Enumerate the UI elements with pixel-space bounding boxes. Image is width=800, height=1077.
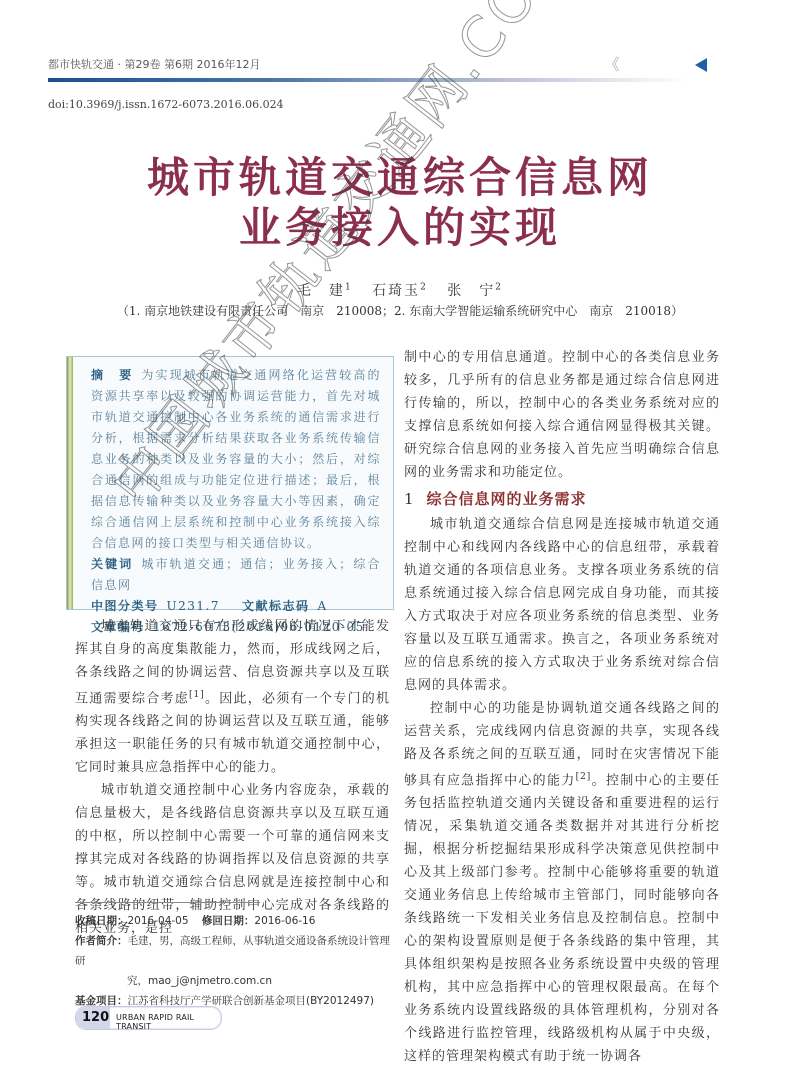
revised-label: 修回日期： [202,915,255,927]
author-name: 张 宁 [447,283,495,299]
classification-line: 中图分类号U231.7文献标志码A [91,596,381,617]
keywords: 城市轨道交通；通信；业务接入；综合信息网 [91,557,381,592]
author-affil-mark: 2 [420,282,428,292]
footnote-divider [75,902,260,903]
received-label: 收稿日期： [75,915,128,927]
section-number: 1 [404,490,415,508]
body-column-right: 制中心的专用信息通道。控制中心的各类信息业务较多，几乎所有的信息业务都是通过综合… [404,346,720,1068]
author-bio-label: 作者简介： [75,935,128,947]
dates-line: 收稿日期：2016-04-05 修回日期：2016-06-16 [75,911,395,931]
clc-code: U231.7 [167,599,220,613]
author-name: 石琦玉 [372,283,420,299]
doc-code-label: 文献标志码 [242,599,310,613]
keywords-line: 关键词城市轨道交通；通信；业务接入；综合信息网 [91,554,381,596]
section-heading: 1综合信息网的业务需求 [404,488,720,511]
page-number: 120 [82,1010,109,1025]
header-gradient-rule [48,78,688,82]
abstract-label: 摘 要 [91,368,133,382]
journal-issue-line: 都市快轨交通 · 第29卷 第6期 2016年12月 [48,56,260,72]
author-bio-line-2: 究，mao_j@njmetro.com.cn [75,971,395,991]
keywords-label: 关键词 [91,557,133,571]
body-paragraph: 控制中心的功能是协调轨道交通各线路之间的运营关系，完成线网内信息资源的共享，实现… [404,697,720,1068]
abstract-box: 摘 要为实现城市轨道交通网络化运营较高的资源共享率以及较强的协调运营能力，首先对… [66,356,394,610]
running-header: 都市快轨交通 · 第29卷 第6期 2016年12月 《 [48,56,728,86]
page-footer-badge: 120 URBAN RAPID RAIL TRANSIT [75,1006,222,1030]
author-affil-mark: 2 [495,282,503,292]
body-paragraph: 城市轨道交通只有在形成线网的情况下才能发挥其自身的高度集散能力，然而，形成线网之… [75,615,390,779]
journal-english-name: URBAN RAPID RAIL TRANSIT [116,1013,221,1031]
citation-ref: [2] [576,772,592,782]
author-list: 毛 建1 石琦玉2 张 宁2 [0,280,800,300]
article-title-line-2: 业务接入的实现 [0,195,800,255]
doc-code: A [318,599,328,613]
abstract-side-stripe [67,357,73,609]
author-affil-mark: 1 [345,282,353,292]
abstract-content: 摘 要为实现城市轨道交通网络化运营较高的资源共享率以及较强的协调运营能力，首先对… [91,365,381,638]
body-paragraph: 城市轨道交通综合信息网是连接城市轨道交通控制中心和线网内各线路中心的信息纽带，承… [404,513,720,697]
abstract-text: 为实现城市轨道交通网络化运营较高的资源共享率以及较强的协调运营能力，首先对城市轨… [91,368,381,550]
section-title: 综合信息网的业务需求 [427,490,587,508]
revised-date: 2016-06-16 [254,915,315,927]
footnotes: 收稿日期：2016-04-05 修回日期：2016-06-16 作者简介：毛建，… [75,911,395,1011]
author-bio-line: 作者简介：毛建，男，高级工程师，从事轨道交通设备系统设计管理研 [75,931,395,971]
received-date: 2016-04-05 [128,915,189,927]
body-paragraph: 制中心的专用信息通道。控制中心的各类信息业务较多，几乎所有的信息业务都是通过综合… [404,346,720,484]
paragraph-text: 。控制中心的主要任务包括监控轨道交通内关键设备和重要进程的运行情况，采集轨道交通… [404,773,720,1064]
doi: doi:10.3969/j.issn.1672-6073.2016.06.024 [48,98,284,111]
citation-ref: [1] [189,690,205,700]
body-column-left: 城市轨道交通只有在形成线网的情况下才能发挥其自身的高度集散能力，然而，形成线网之… [75,615,390,940]
clc-label: 中图分类号 [91,599,159,613]
double-chevron-icon: 《 [604,52,620,75]
affiliations: （1. 南京地铁建设有限责任公司 南京 210008；2. 东南大学智能运输系统… [0,302,800,319]
author-name: 毛 建 [297,283,345,299]
triangle-left-icon [695,58,707,72]
